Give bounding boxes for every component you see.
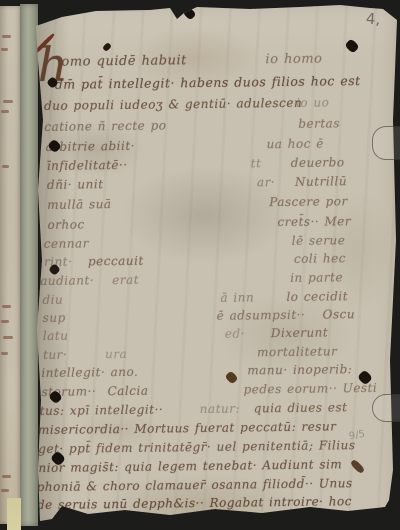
text-line-segment: ē adsumpsit·· xyxy=(217,309,306,322)
text-line-segment: pedes eorum·· Uesti xyxy=(243,382,377,396)
gutter-text-mark xyxy=(1,48,8,51)
text-line-segment: īnfidelitatē·· xyxy=(47,159,128,172)
text-line-segment: de seruis unū depph&is·· Rogabat introir… xyxy=(37,495,352,511)
text-line-segment: Oscu xyxy=(323,308,356,320)
text-line-segment: phoniā & choro clamauer̄ osanna filiodd̄… xyxy=(37,477,353,493)
text-line-segment: duo populi iudeoʒ & gentiū· adulescen xyxy=(44,97,302,112)
gutter-text-mark xyxy=(1,110,9,113)
gutter-text-mark xyxy=(1,352,8,355)
previous-folio-edge xyxy=(0,6,22,524)
gutter-text-mark xyxy=(2,35,11,38)
text-line-segment: latu xyxy=(43,330,69,342)
text-line-segment: quia diues est xyxy=(254,401,348,414)
text-line-segment: io homo xyxy=(265,52,322,66)
gutter-text-mark xyxy=(2,475,11,478)
text-line-segment: misericordia·· Mortuus fuerat peccatū: r… xyxy=(38,420,337,436)
text-line-segment: ar· xyxy=(257,176,275,188)
gutter-text-mark xyxy=(1,489,9,492)
text-line-segment: dm̄ pat̄ intellegit· habens duos filios … xyxy=(55,75,361,91)
text-line-segment: Pascere por xyxy=(269,195,348,208)
manuscript-text: h omo quidē habuitio homodm̄ pat̄ intell… xyxy=(0,0,400,530)
text-line-segment: bertas xyxy=(298,117,340,130)
text-line-segment: get· ppt̄ fidem trinitatēgr̄· uel penite… xyxy=(38,439,355,455)
text-line-segment: ed· xyxy=(225,327,245,339)
text-line-segment: ua hoc ē xyxy=(266,137,323,150)
text-line-segment: lē serue xyxy=(292,234,346,247)
text-line-segment: tus: xpī intellegit·· xyxy=(40,403,164,417)
manuscript-photo: h omo quidē habuitio homodm̄ pat̄ intell… xyxy=(0,0,400,530)
text-line-segment: nior magis̄t: quia legem tenebat· Audiun… xyxy=(38,458,342,474)
text-line-segment: cret̄s·· Mer xyxy=(277,215,351,228)
text-line-segment: tt xyxy=(251,157,262,169)
text-line-segment: mullā suā xyxy=(47,198,111,211)
gutter-text-mark xyxy=(1,320,9,323)
text-line-segment: deuerbo xyxy=(291,156,345,169)
text-line-segment: intellegit· ano. xyxy=(41,366,138,379)
text-line-segment: cennar xyxy=(44,237,89,250)
text-line-segment: coli hec xyxy=(294,252,346,265)
text-line-segment: peccauit xyxy=(88,255,144,268)
page-holder-clip xyxy=(372,126,400,160)
page-holder-clip xyxy=(372,394,400,422)
gutter-text-mark xyxy=(3,336,13,339)
text-line-segment: erat xyxy=(112,274,139,286)
folio-number: 4, xyxy=(365,10,381,29)
gutter-text-mark xyxy=(2,305,11,308)
text-line-segment: io uo xyxy=(296,96,329,108)
text-line-segment: mortalitetur xyxy=(257,345,337,358)
text-line-segment: audiant· xyxy=(40,274,94,287)
text-line-segment: Dixerunt xyxy=(271,326,328,339)
text-line-segment: tur· xyxy=(43,349,67,361)
binding-strip xyxy=(20,4,38,526)
text-line-segment: catione ñ recte po xyxy=(44,119,166,132)
text-line-segment: orhoc xyxy=(47,218,84,230)
text-line-segment: lo cecidit xyxy=(286,290,348,303)
text-line-segment: ā inn xyxy=(220,291,254,303)
text-line-segment: ura xyxy=(105,348,127,360)
text-line-segment: sup xyxy=(43,312,66,324)
binding-tab xyxy=(7,498,21,530)
text-line-segment: manu· inoperib: xyxy=(247,363,352,376)
gutter-text-mark xyxy=(2,165,9,168)
text-line-segment: dñi· unit xyxy=(47,178,104,191)
text-line-segment: natur: xyxy=(200,403,240,415)
text-line-segment: in parte xyxy=(290,271,343,284)
parchment-page: h omo quidē habuitio homodm̄ pat̄ intell… xyxy=(0,0,400,530)
gutter-text-mark xyxy=(3,100,13,103)
text-line-segment: Nutrillū xyxy=(295,175,347,188)
text-line-segment: ı ıı ı ı ıı xyxy=(103,514,201,526)
text-line-segment: omo quidē habuit xyxy=(61,54,186,69)
text-line-segment: diu xyxy=(42,294,63,306)
text-line-segment: Calcia xyxy=(107,385,148,397)
